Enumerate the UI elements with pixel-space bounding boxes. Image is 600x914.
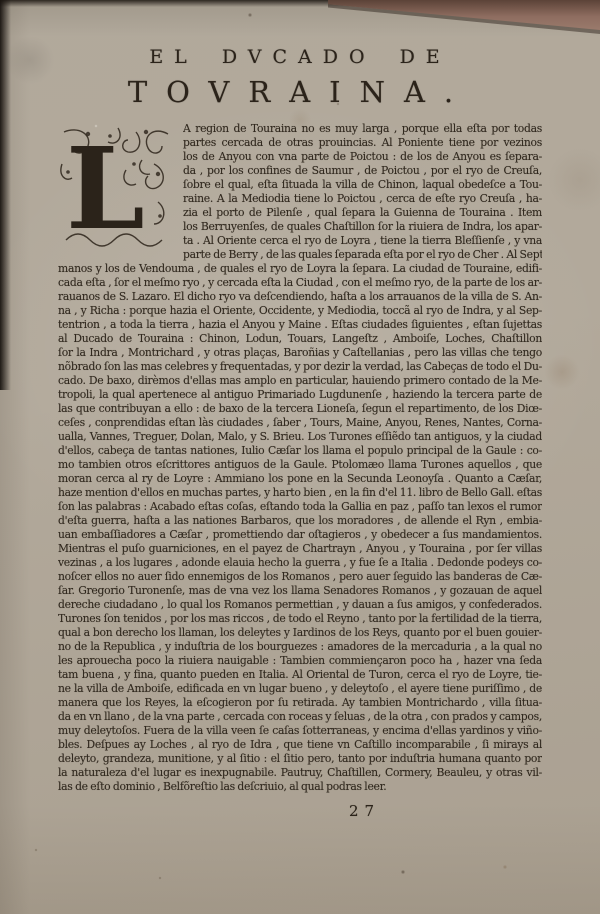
page-content: EL DVCADO DE TOVRAINA. — [58, 0, 542, 794]
text-line: ſon las palabras : Acabado eſtas coſas, … — [58, 500, 542, 514]
text-line: zia el porto de Pilenſe , qual ſepara la… — [183, 206, 542, 220]
text-line: mo tambien otros eſcrittores antiguos de… — [58, 458, 542, 472]
page-number: 27 — [349, 802, 380, 820]
text-line: Mientras el puſo guarniciones, en el pay… — [58, 542, 542, 556]
text-line: tropoli, la qual apertenece al antiguo P… — [58, 388, 542, 402]
book-photo: EL DVCADO DE TOVRAINA. — [0, 0, 600, 914]
text-line: vezinas , a los lugares , adonde elauia … — [58, 556, 542, 570]
text-line: haze mention d'ellos en muchas partes, y… — [58, 486, 542, 500]
text-line: raine. A la Mediodia tiene lo Poictou , … — [183, 192, 542, 206]
text-line: manera que los Reyes, la eſcogieron por … — [58, 696, 542, 710]
text-line: ſobre el qual, eſta ſituada la villa de … — [183, 178, 542, 192]
text-line: la naturaleza d'el lugar es inexpugnabil… — [58, 766, 542, 780]
text-line: no de la Republica , y induſtria de los … — [58, 640, 542, 654]
text-line: tam buena , y fina, quanto pueden en Ita… — [58, 668, 542, 682]
text-line: partes cercada de otras prouincias. Al P… — [183, 136, 542, 150]
text-line: moran cerca al ry de Loyre : Ammiano los… — [58, 472, 542, 486]
drop-cap-ornament-icon: L — [58, 124, 174, 250]
text-line: ſar. Gregorio Turonenſe, mas de vna vez … — [58, 584, 542, 598]
text-line: ceſes , conprendidas eſtan làs ciudades … — [58, 416, 542, 430]
text-line: tentrion , a toda la tierra , hazia el A… — [58, 318, 542, 332]
text-line: parte de Berry , de las quales ſeparada … — [183, 248, 542, 262]
text-line: cado. De baxo, dirèmos d'ellas mas amplo… — [58, 374, 542, 388]
page-left-dark-edge — [0, 0, 11, 390]
text-line: qual a bon derecho los llaman, los deley… — [58, 626, 542, 640]
text-line: ta . Al Oriente cerca el ryo de Loyra , … — [183, 234, 542, 248]
text-line: cada eſta , ſor el meſmo ryo , y cercada… — [58, 276, 542, 290]
chapter-heading-line2: TOVRAINA. — [58, 75, 542, 109]
text-line: al Ducado de Touraina : Chinon, Lodun, T… — [58, 332, 542, 346]
text-line: los Berruyenſes, de quales Chaſtillon ſo… — [183, 220, 542, 234]
text-line: na , y Richa : porque hazia el Oriente, … — [58, 304, 542, 318]
text-line: d'ellos, cabeça de tantas nationes, Iuli… — [58, 444, 542, 458]
drop-cap-letter: L — [66, 124, 145, 250]
text-line: da en vn llano , de la vna parte , cerca… — [58, 710, 542, 724]
text-line: muy deleytoſos. Fuera de la villa veen ſ… — [58, 724, 542, 738]
text-line: da , por los confines de Saumur , de Poi… — [183, 164, 542, 178]
text-line: los de Anyou con vna parte de Poictou : … — [183, 150, 542, 164]
text-line: dereche ciudadano , lo qual los Romanos … — [58, 598, 542, 612]
text-line: A region de Touraina no es muy larga , p… — [183, 122, 542, 136]
text-line: las que contribuyan a ello : de baxo de … — [58, 402, 542, 416]
text-line: ſor la Indra , Montrichard , y otras pla… — [58, 346, 542, 360]
chapter-heading-line1: EL DVCADO DE — [58, 46, 542, 68]
text-line: manos y los de Vendouma , de quales el r… — [58, 262, 542, 276]
paragraph-full-lines: parte de Berry , de las quales ſeparada … — [58, 248, 542, 780]
woodcut-drop-cap: L — [58, 124, 174, 250]
text-line: noſcer ellos no auer ſido ennemigos de l… — [58, 570, 542, 584]
text-line: deleyto, grandeza, munitione, y al ſitio… — [58, 752, 542, 766]
text-line: ualla, Vannes, Treguer, Dolan, Malo, y S… — [58, 430, 542, 444]
text-line: rauanos de S. Lazaro. El dicho ryo va de… — [58, 290, 542, 304]
body-paragraph: L A region de Touraina no es muy larga ,… — [58, 122, 542, 794]
text-line: les aprouecha poco la riuiera nauigable … — [58, 654, 542, 668]
text-line: d'eſta guerra, haſta a las nationes Barb… — [58, 514, 542, 528]
paragraph-last-line: las de eſto dominio , Belfõreſtio las de… — [58, 780, 542, 794]
text-line: nõbrado ſon las mas celebres y frequenta… — [58, 360, 542, 374]
text-line: bles. Deſpues ay Loches , al ryo de Idra… — [58, 738, 542, 752]
text-line: Turones ſon tenidos , por los mas riccos… — [58, 612, 542, 626]
text-line: uan embaſſiadores a Cæſar , promettiendo… — [58, 528, 542, 542]
text-line: ne la villa de Amboiſe, edificada en vn … — [58, 682, 542, 696]
